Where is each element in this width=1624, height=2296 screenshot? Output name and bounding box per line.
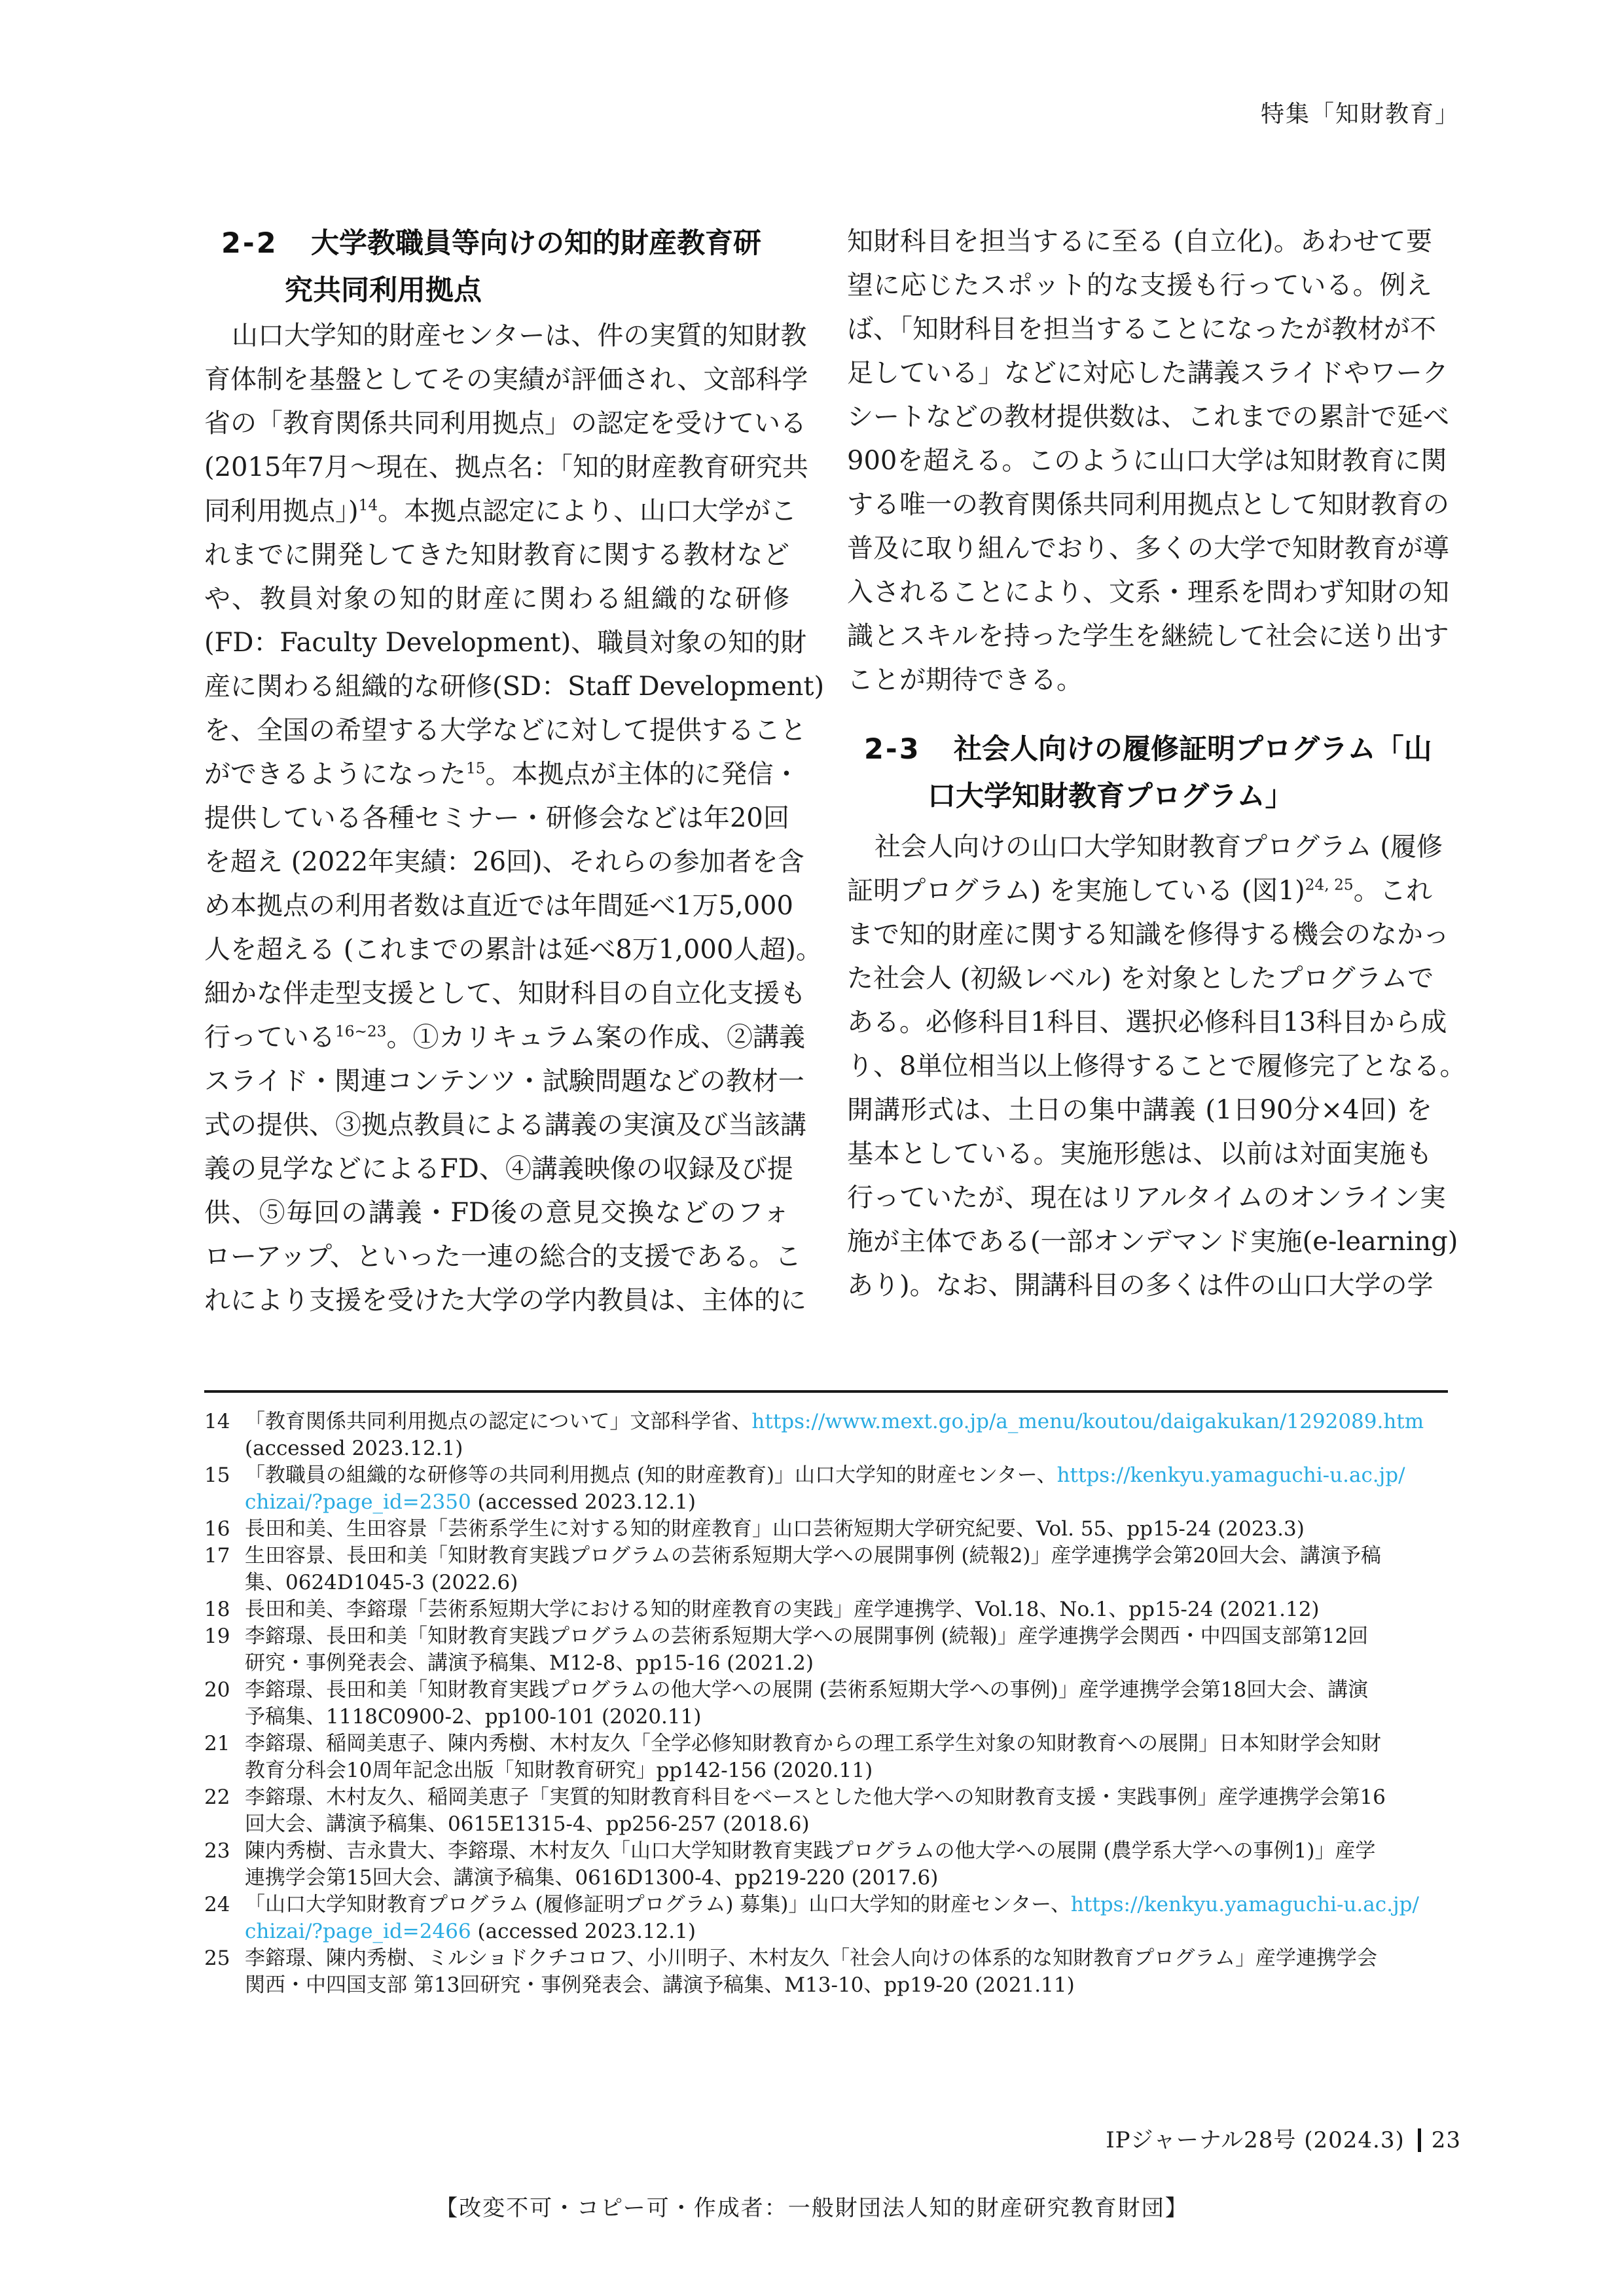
text-run: シートなどの教材提供数は、これまでの累計で延べ <box>847 402 1449 432</box>
text-line: 予稿集、1118C0900-2、pp100-101 (2020.11) <box>245 1704 1461 1731</box>
text-run: れにより支援を受けた大学の学内教員は、主体的に <box>204 1285 806 1316</box>
text-run: 李鎔璟、陳内秀樹、ミルショドクチコロフ、小川明子、木村友久「社会人向けの体系的な… <box>245 1946 1377 1970</box>
text-run: 「教育関係共同利用拠点の認定について」文部科学省、 <box>245 1410 751 1433</box>
text-line: を、全国の希望する大学などに対して提供すること <box>204 709 789 753</box>
text-line: あり)。なお、開講科目の多くは件の山口大学の学 <box>847 1264 1432 1308</box>
hyperlink[interactable]: https://kenkyu.yamaguchi-u.ac.jp/ <box>1057 1463 1405 1487</box>
right-paragraph-1: 知財科目を担当するに至る (自立化)。あわせて要望に応じたスポット的な支援も行っ… <box>847 220 1432 702</box>
section-number: 2-2 <box>221 220 278 267</box>
text-line: れまでに開発してきた知財教育に関する教材など <box>204 533 789 577</box>
license-note: 【改変不可・コピー可・作成者：一般財団法人知的財産研究教育財団】 <box>0 2190 1624 2222</box>
footnote-number: 24 <box>204 1892 230 1918</box>
text-run: 長田和美、李鎔璟「芸術系短期大学における知的財産教育の実践」産学連携学、Vol.… <box>245 1598 1320 1621</box>
footnote-number: 14 <box>204 1408 230 1435</box>
text-line: 供、⑤毎回の講義・FD後の意見交換などのフォ <box>204 1191 789 1235</box>
text-line: まで知的財産に関する知識を修得する機会のなかっ <box>847 913 1432 957</box>
text-line: 社会人向けの山口大学知財教育プログラム (履修 <box>847 825 1432 869</box>
text-run: する唯一の教育関係共同利用拠点として知財教育の <box>847 490 1449 520</box>
text-line: 「山口大学知財教育プログラム (履修証明プログラム) 募集)」山口大学知的財産セ… <box>245 1892 1461 1918</box>
text-run: 教育分科会10周年記念出版「知財教育研究」pp142-156 (2020.11) <box>245 1759 873 1782</box>
text-line: 長田和美、李鎔璟「芸術系短期大学における知的財産教育の実践」産学連携学、Vol.… <box>245 1596 1461 1623</box>
footnote-number: 17 <box>204 1543 230 1570</box>
text-line: 「教育関係共同利用拠点の認定について」文部科学省、https://www.mex… <box>245 1408 1461 1435</box>
footer-divider <box>1418 2128 1421 2152</box>
text-run: 。①カリキュラム案の作成、②講義 <box>386 1022 805 1052</box>
footnote-reference[interactable]: 15 <box>466 760 486 778</box>
text-run: (accessed 2023.12.1) <box>471 1920 696 1943</box>
text-run: 。本拠点認定により、山口大学がこ <box>378 496 797 526</box>
text-run: (2015年7月～現在、拠点名：「知的財産教育研究共 <box>204 452 808 482</box>
text-line: ローアップ、といった一連の総合的支援である。こ <box>204 1235 789 1279</box>
footnote: 17生田容景、長田和美「知財教育実践プログラムの芸術系短期大学への展開事例 (続… <box>204 1543 1461 1596</box>
text-line: 山口大学知的財産センターは、件の実質的知財教 <box>204 314 789 358</box>
footnote: 23陳内秀樹、吉永貴大、李鎔璟、木村友久「山口大学知財教育実践プログラムの他大学… <box>204 1838 1461 1892</box>
text-run: 開講形式は、土日の集中講義 (1日90分×4回) を <box>847 1095 1432 1125</box>
text-run: 識とスキルを持った学生を継続して社会に送り出す <box>847 621 1449 651</box>
text-run: ある。必修科目1科目、選択必修科目13科目から成 <box>847 1007 1447 1037</box>
footnote-number: 19 <box>204 1623 230 1650</box>
footnote-number: 15 <box>204 1462 230 1489</box>
text-line: ば、「知財科目を担当することになったが教材が不 <box>847 308 1432 351</box>
hyperlink[interactable]: https://kenkyu.yamaguchi-u.ac.jp/ <box>1071 1893 1419 1916</box>
text-line: 産に関わる組織的な研修(SD：Staff Development) <box>204 665 789 709</box>
text-line: ができるようになった15。本拠点が主体的に発信・ <box>204 753 789 797</box>
text-run: 回大会、講演予稿集、0615E1315-4、pp256-257 (2018.6) <box>245 1812 810 1836</box>
text-line: 回大会、講演予稿集、0615E1315-4、pp256-257 (2018.6) <box>245 1811 1461 1838</box>
text-line: (2015年7月～現在、拠点名：「知的財産教育研究共 <box>204 446 789 490</box>
text-run: 。本拠点が主体的に発信・ <box>486 759 800 789</box>
footnote-number: 21 <box>204 1731 230 1757</box>
text-line: 施が主体である(一部オンデマンド実施(e-learning) <box>847 1220 1432 1264</box>
text-line: を超え (2022年実績：26回)、それらの参加者を含 <box>204 840 789 884</box>
text-run: 陳内秀樹、吉永貴大、李鎔璟、木村友久「山口大学知財教育実践プログラムの他大学への… <box>245 1839 1375 1863</box>
text-line: 同利用拠点」)14。本拠点認定により、山口大学がこ <box>204 490 789 533</box>
text-line: 生田容景、長田和美「知財教育実践プログラムの芸術系短期大学への展開事例 (続報2… <box>245 1543 1461 1570</box>
text-run: 望に応じたスポット的な支援も行っている。例え <box>847 270 1432 300</box>
footnote: 25李鎔璟、陳内秀樹、ミルショドクチコロフ、小川明子、木村友久「社会人向けの体系… <box>204 1945 1461 1999</box>
text-run: 生田容景、長田和美「知財教育実践プログラムの芸術系短期大学への展開事例 (続報2… <box>245 1544 1381 1568</box>
text-line: chizai/?page_id=2350 (accessed 2023.12.1… <box>245 1489 1461 1516</box>
text-line: れにより支援を受けた大学の学内教員は、主体的に <box>204 1279 789 1323</box>
journal-title: IPジャーナル28号 (2024.3) <box>1106 2127 1405 2153</box>
text-line: り、8単位相当以上修得することで履修完了となる。 <box>847 1045 1432 1088</box>
text-line: 連携学会第15回大会、講演予稿集、0616D1300-4、pp219-220 (… <box>245 1865 1461 1892</box>
text-run: 行っていたが、現在はリアルタイムのオンライン実 <box>847 1183 1446 1213</box>
text-run: 。これ <box>1354 876 1432 906</box>
text-run: 産に関わる組織的な研修(SD：Staff Development) <box>204 672 824 702</box>
text-run: 連携学会第15回大会、講演予稿集、0616D1300-4、pp219-220 (… <box>245 1866 938 1890</box>
text-run: 基本としている。実施形態は、以前は対面実施も <box>847 1139 1432 1169</box>
footnote-number: 16 <box>204 1516 230 1543</box>
text-run: 普及に取り組んでおり、多くの大学で知財教育が導 <box>847 533 1449 564</box>
text-line: 省の「教育関係共同利用拠点」の認定を受けている <box>204 402 789 446</box>
text-run: 入されることにより、文系・理系を問わず知財の知 <box>847 577 1449 607</box>
section-heading-2-3: 2-3 社会人向けの履修証明プログラム「山 口大学知財教育プログラム」 <box>847 726 1432 820</box>
text-run: 足している」などに対応した講義スライドやワーク <box>847 358 1449 388</box>
text-run: (accessed 2023.12.1) <box>245 1437 463 1460</box>
hyperlink[interactable]: chizai/?page_id=2350 <box>245 1490 471 1514</box>
footnote: 20李鎔璟、長田和美「知財教育実践プログラムの他大学への展開 (芸術系短期大学へ… <box>204 1677 1461 1731</box>
text-run: り、8単位相当以上修得することで履修完了となる。 <box>847 1051 1466 1081</box>
text-line: 人を超える (これまでの累計は延べ8万1,000人超)。 <box>204 928 789 972</box>
text-run: ば、「知財科目を担当することになったが教材が不 <box>847 314 1436 344</box>
section-title-line: 究共同利用拠点 <box>285 267 789 314</box>
text-line: 李鎔璟、稲岡美恵子、陳内秀樹、木村友久「全学必修知財教育からの理工系学生対象の知… <box>245 1731 1461 1757</box>
footnote-number: 22 <box>204 1784 230 1811</box>
text-line: (FD：Faculty Development)、職員対象の知的財 <box>204 621 789 665</box>
text-run: 李鎔璟、長田和美「知財教育実践プログラムの他大学への展開 (芸術系短期大学への事… <box>245 1678 1368 1702</box>
left-column: 2-2 大学教職員等向けの知的財産教育研 究共同利用拠点 山口大学知的財産センタ… <box>204 220 789 1323</box>
page-header: 特集「知財教育」 <box>0 96 1460 129</box>
text-line: 教育分科会10周年記念出版「知財教育研究」pp142-156 (2020.11) <box>245 1757 1461 1784</box>
footnote: 24「山口大学知財教育プログラム (履修証明プログラム) 募集)」山口大学知的財… <box>204 1892 1461 1945</box>
text-line: する唯一の教育関係共同利用拠点として知財教育の <box>847 483 1432 527</box>
section-number: 2-3 <box>864 726 921 773</box>
text-run: 李鎔璟、稲岡美恵子、陳内秀樹、木村友久「全学必修知財教育からの理工系学生対象の知… <box>245 1732 1381 1755</box>
text-run: を、全国の希望する大学などに対して提供すること <box>204 715 806 745</box>
footnote-reference[interactable]: 24, 25 <box>1305 876 1354 894</box>
text-line: 研究・事例発表会、講演予稿集、M12-8、pp15-16 (2021.2) <box>245 1650 1461 1677</box>
text-line: 「教職員の組織的な研修等の共同利用拠点 (知的財産教育)」山口大学知的財産センタ… <box>245 1462 1461 1489</box>
text-line: スライド・関連コンテンツ・試験問題などの教材一 <box>204 1060 789 1103</box>
text-run: 「教職員の組織的な研修等の共同利用拠点 (知的財産教育)」山口大学知的財産センタ… <box>245 1463 1057 1487</box>
text-run: 予稿集、1118C0900-2、pp100-101 (2020.11) <box>245 1705 701 1729</box>
text-line: 開講形式は、土日の集中講義 (1日90分×4回) を <box>847 1088 1432 1132</box>
text-run: 細かな伴走型支援として、知財科目の自立化支援も <box>204 978 806 1009</box>
footnote: 15「教職員の組織的な研修等の共同利用拠点 (知的財産教育)」山口大学知的財産セ… <box>204 1462 1461 1516</box>
text-run: 研究・事例発表会、講演予稿集、M12-8、pp15-16 (2021.2) <box>245 1651 814 1675</box>
text-line: 行っている16~23。①カリキュラム案の作成、②講義 <box>204 1016 789 1060</box>
footnote-number: 25 <box>204 1945 230 1972</box>
footnote-number: 23 <box>204 1838 230 1865</box>
text-line: 集、0624D1045-3 (2022.6) <box>245 1570 1461 1596</box>
text-run: あり)。なお、開講科目の多くは件の山口大学の学 <box>847 1270 1434 1300</box>
text-run: 提供している各種セミナー・研修会などは年20回 <box>204 803 789 833</box>
text-run: 育体制を基盤としてその実績が評価され、文部科学 <box>204 365 808 395</box>
section-title-line: 大学教職員等向けの知的財産教育研 <box>311 220 789 267</box>
text-run: 社会人向けの山口大学知財教育プログラム (履修 <box>875 832 1443 862</box>
text-run: まで知的財産に関する知識を修得する機会のなかっ <box>847 920 1449 950</box>
text-line: 証明プログラム) を実施している (図1)24, 25。これ <box>847 869 1432 913</box>
text-run: 「山口大学知財教育プログラム (履修証明プログラム) 募集)」山口大学知的財産セ… <box>245 1893 1071 1916</box>
text-line: ことが期待できる。 <box>847 658 1432 702</box>
text-run: (FD：Faculty Development)、職員対象の知的財 <box>204 628 806 658</box>
text-run: め本拠点の利用者数は直近では年間延べ1万5,000 <box>204 891 793 921</box>
right-paragraph-2: 社会人向けの山口大学知財教育プログラム (履修証明プログラム) を実施している … <box>847 825 1432 1308</box>
text-line: (accessed 2023.12.1) <box>245 1435 1461 1462</box>
hyperlink[interactable]: https://www.mext.go.jp/a_menu/koutou/dai… <box>751 1410 1424 1433</box>
text-run: た社会人 (初級レベル) を対象としたプログラムで <box>847 963 1434 994</box>
footnote: 14「教育関係共同利用拠点の認定について」文部科学省、https://www.m… <box>204 1408 1461 1462</box>
footnote-number: 20 <box>204 1677 230 1704</box>
text-run: れまでに開発してきた知財教育に関する教材など <box>204 540 789 570</box>
footnote: 19李鎔璟、長田和美「知財教育実践プログラムの芸術系短期大学への展開事例 (続報… <box>204 1623 1461 1677</box>
text-run: 李鎔璟、長田和美「知財教育実践プログラムの芸術系短期大学への展開事例 (続報)」… <box>245 1624 1368 1648</box>
section-title-line: 口大学知財教育プログラム」 <box>928 773 1432 820</box>
text-line: 李鎔璟、陳内秀樹、ミルショドクチコロフ、小川明子、木村友久「社会人向けの体系的な… <box>245 1945 1461 1972</box>
text-run: 施が主体である(一部オンデマンド実施(e-learning) <box>847 1227 1458 1257</box>
footnote-number: 18 <box>204 1596 230 1623</box>
text-line: 基本としている。実施形態は、以前は対面実施も <box>847 1132 1432 1176</box>
footnote-reference[interactable]: 14 <box>359 497 378 514</box>
section-title-line: 社会人向けの履修証明プログラム「山 <box>954 726 1432 773</box>
text-run: や、教員対象の知的財産に関わる組織的な研修 <box>204 584 789 614</box>
footnote-reference[interactable]: 16~23 <box>335 1023 386 1041</box>
text-run: 行っている <box>204 1022 335 1052</box>
footnote: 16長田和美、生田容景「芸術系学生に対する知的財産教育」山口芸術短期大学研究紀要… <box>204 1516 1461 1543</box>
text-run: 省の「教育関係共同利用拠点」の認定を受けている <box>204 408 806 439</box>
footnote: 18長田和美、李鎔璟「芸術系短期大学における知的財産教育の実践」産学連携学、Vo… <box>204 1596 1461 1623</box>
text-run: 同利用拠点」) <box>204 496 359 526</box>
page-footer: IPジャーナル28号 (2024.3)23 <box>0 2122 1461 2154</box>
text-run: スライド・関連コンテンツ・試験問題などの教材一 <box>204 1066 804 1096</box>
text-run: 人を超える (これまでの累計は延べ8万1,000人超)。 <box>204 935 822 965</box>
text-run: 義の見学などによるFD、④講義映像の収録及び提 <box>204 1154 793 1184</box>
feature-label: 特集「知財教育」 <box>1261 101 1460 128</box>
section-heading-2-2: 2-2 大学教職員等向けの知的財産教育研 究共同利用拠点 <box>204 220 789 314</box>
text-run: 李鎔璟、木村友久、稲岡美恵子「実質的知財教育科目をベースとした他大学への知財教育… <box>245 1785 1386 1809</box>
text-run: ローアップ、といった一連の総合的支援である。こ <box>204 1242 801 1272</box>
text-line: 細かな伴走型支援として、知財科目の自立化支援も <box>204 972 789 1016</box>
text-line: chizai/?page_id=2466 (accessed 2023.12.1… <box>245 1918 1461 1945</box>
text-run: 供、⑤毎回の講義・FD後の意見交換などのフォ <box>204 1198 789 1228</box>
text-line: 李鎔璟、長田和美「知財教育実践プログラムの他大学への展開 (芸術系短期大学への事… <box>245 1677 1461 1704</box>
text-run: 900を超える。このように山口大学は知財教育に関 <box>847 446 1447 476</box>
page-number: 23 <box>1432 2127 1461 2153</box>
text-line: 識とスキルを持った学生を継続して社会に送り出す <box>847 615 1432 658</box>
footnote: 22李鎔璟、木村友久、稲岡美恵子「実質的知財教育科目をベースとした他大学への知財… <box>204 1784 1461 1838</box>
text-line: 義の見学などによるFD、④講義映像の収録及び提 <box>204 1147 789 1191</box>
text-run: を超え (2022年実績：26回)、それらの参加者を含 <box>204 847 804 877</box>
text-line: ある。必修科目1科目、選択必修科目13科目から成 <box>847 1001 1432 1045</box>
text-line: 普及に取り組んでおり、多くの大学で知財教育が導 <box>847 527 1432 571</box>
text-line: シートなどの教材提供数は、これまでの累計で延べ <box>847 395 1432 439</box>
text-line: 関西・中四国支部 第13回研究・事例発表会、講演予稿集、M13-10、pp19-… <box>245 1972 1461 1999</box>
text-line: 陳内秀樹、吉永貴大、李鎔璟、木村友久「山口大学知財教育実践プログラムの他大学への… <box>245 1838 1461 1865</box>
text-run: 長田和美、生田容景「芸術系学生に対する知的財産教育」山口芸術短期大学研究紀要、V… <box>245 1517 1305 1541</box>
text-line: 望に応じたスポット的な支援も行っている。例え <box>847 264 1432 308</box>
text-line: 知財科目を担当するに至る (自立化)。あわせて要 <box>847 220 1432 264</box>
footnote-separator <box>204 1390 1448 1393</box>
right-column: 知財科目を担当するに至る (自立化)。あわせて要望に応じたスポット的な支援も行っ… <box>847 220 1432 1308</box>
text-run: 式の提供、③拠点教員による講義の実演及び当該講 <box>204 1110 806 1140</box>
hyperlink[interactable]: chizai/?page_id=2466 <box>245 1920 471 1943</box>
footnotes-list: 14「教育関係共同利用拠点の認定について」文部科学省、https://www.m… <box>204 1408 1461 1999</box>
text-line: 提供している各種セミナー・研修会などは年20回 <box>204 797 789 840</box>
text-line: 式の提供、③拠点教員による講義の実演及び当該講 <box>204 1103 789 1147</box>
text-run: ができるようになった <box>204 759 466 789</box>
text-line: 育体制を基盤としてその実績が評価され、文部科学 <box>204 358 789 402</box>
text-line: 足している」などに対応した講義スライドやワーク <box>847 351 1432 395</box>
text-line: 行っていたが、現在はリアルタイムのオンライン実 <box>847 1176 1432 1220</box>
text-run: 山口大学知的財産センターは、件の実質的知財教 <box>232 321 806 351</box>
text-run: (accessed 2023.12.1) <box>471 1490 696 1514</box>
text-line: 入されることにより、文系・理系を問わず知財の知 <box>847 571 1432 615</box>
text-run: ことが期待できる。 <box>847 665 1083 695</box>
left-paragraph: 山口大学知的財産センターは、件の実質的知財教育体制を基盤としてその実績が評価され… <box>204 314 789 1323</box>
text-run: 関西・中四国支部 第13回研究・事例発表会、講演予稿集、M13-10、pp19-… <box>245 1973 1075 1997</box>
text-line: た社会人 (初級レベル) を対象としたプログラムで <box>847 957 1432 1001</box>
text-run: 知財科目を担当するに至る (自立化)。あわせて要 <box>847 226 1432 257</box>
text-line: 李鎔璟、木村友久、稲岡美恵子「実質的知財教育科目をベースとした他大学への知財教育… <box>245 1784 1461 1811</box>
text-line: 長田和美、生田容景「芸術系学生に対する知的財産教育」山口芸術短期大学研究紀要、V… <box>245 1516 1461 1543</box>
text-line: 李鎔璟、長田和美「知財教育実践プログラムの芸術系短期大学への展開事例 (続報)」… <box>245 1623 1461 1650</box>
text-line: め本拠点の利用者数は直近では年間延べ1万5,000 <box>204 884 789 928</box>
text-run: 証明プログラム) を実施している (図1) <box>847 876 1305 906</box>
footnote: 21李鎔璟、稲岡美恵子、陳内秀樹、木村友久「全学必修知財教育からの理工系学生対象… <box>204 1731 1461 1784</box>
text-line: や、教員対象の知的財産に関わる組織的な研修 <box>204 577 789 621</box>
text-run: 集、0624D1045-3 (2022.6) <box>245 1571 518 1594</box>
text-line: 900を超える。このように山口大学は知財教育に関 <box>847 439 1432 483</box>
